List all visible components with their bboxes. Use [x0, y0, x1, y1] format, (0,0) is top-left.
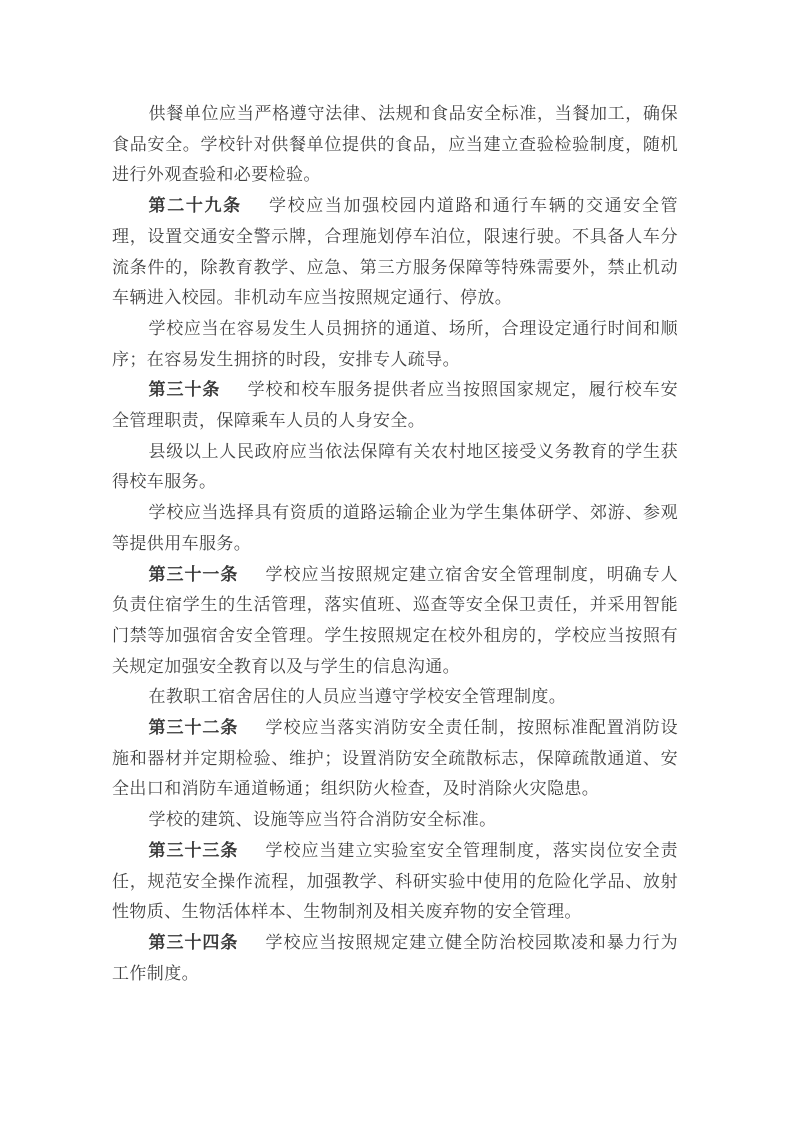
article-number: 第三十二条: [149, 718, 239, 737]
paragraph-text: 学校应当在容易发生人员拥挤的通道、场所，合理设定通行时间和顺序；在容易发生拥挤的…: [112, 319, 678, 369]
paragraph: 学校应当选择具有资质的道路运输企业为学生集体研学、郊游、参观等提供用车服务。: [112, 498, 678, 559]
article-number: 第三十一条: [149, 565, 239, 584]
article-paragraph: 第三十二条学校应当落实消防安全责任制，按照标准配置消防设施和器材并定期检验、维护…: [112, 713, 678, 805]
paragraph-text: 供餐单位应当严格遵守法律、法规和食品安全标准，当餐加工，确保食品安全。学校针对供…: [112, 104, 678, 184]
document-body: 供餐单位应当严格遵守法律、法规和食品安全标准，当餐加工，确保食品安全。学校针对供…: [112, 99, 678, 989]
article-paragraph: 第三十一条学校应当按照规定建立宿舍安全管理制度，明确专人负责住宿学生的生活管理，…: [112, 560, 678, 683]
paragraph: 在教职工宿舍居住的人员应当遵守学校安全管理制度。: [112, 682, 678, 713]
article-paragraph: 第三十三条学校应当建立实验室安全管理制度，落实岗位安全责任，规范安全操作流程，加…: [112, 836, 678, 928]
paragraph: 县级以上人民政府应当依法保障有关农村地区接受义务教育的学生获得校车服务。: [112, 437, 678, 498]
article-number: 第三十四条: [149, 933, 239, 952]
article-paragraph: 第三十条学校和校车服务提供者应当按照国家规定，履行校车安全管理职责，保障乘车人员…: [112, 375, 678, 436]
article-paragraph: 第二十九条学校应当加强校园内道路和通行车辆的交通安全管理，设置交通安全警示牌，合…: [112, 191, 678, 314]
article-paragraph: 第三十四条学校应当按照规定建立健全防治校园欺凌和暴力行为工作制度。: [112, 928, 678, 989]
paragraph-text: 学校应当选择具有资质的道路运输企业为学生集体研学、郊游、参观等提供用车服务。: [112, 503, 678, 553]
paragraph: 学校应当在容易发生人员拥挤的通道、场所，合理设定通行时间和顺序；在容易发生拥挤的…: [112, 314, 678, 375]
article-number: 第三十条: [149, 380, 221, 399]
paragraph-text: 县级以上人民政府应当依法保障有关农村地区接受义务教育的学生获得校车服务。: [112, 442, 678, 492]
document-page: 供餐单位应当严格遵守法律、法规和食品安全标准，当餐加工，确保食品安全。学校针对供…: [0, 0, 793, 1122]
paragraph-text: 学校的建筑、设施等应当符合消防安全标准。: [149, 810, 497, 829]
paragraph-text: 在教职工宿舍居住的人员应当遵守学校安全管理制度。: [149, 687, 567, 706]
paragraph: 供餐单位应当严格遵守法律、法规和食品安全标准，当餐加工，确保食品安全。学校针对供…: [112, 99, 678, 191]
article-number: 第二十九条: [149, 196, 242, 215]
paragraph: 学校的建筑、设施等应当符合消防安全标准。: [112, 805, 678, 836]
article-number: 第三十三条: [149, 841, 239, 860]
